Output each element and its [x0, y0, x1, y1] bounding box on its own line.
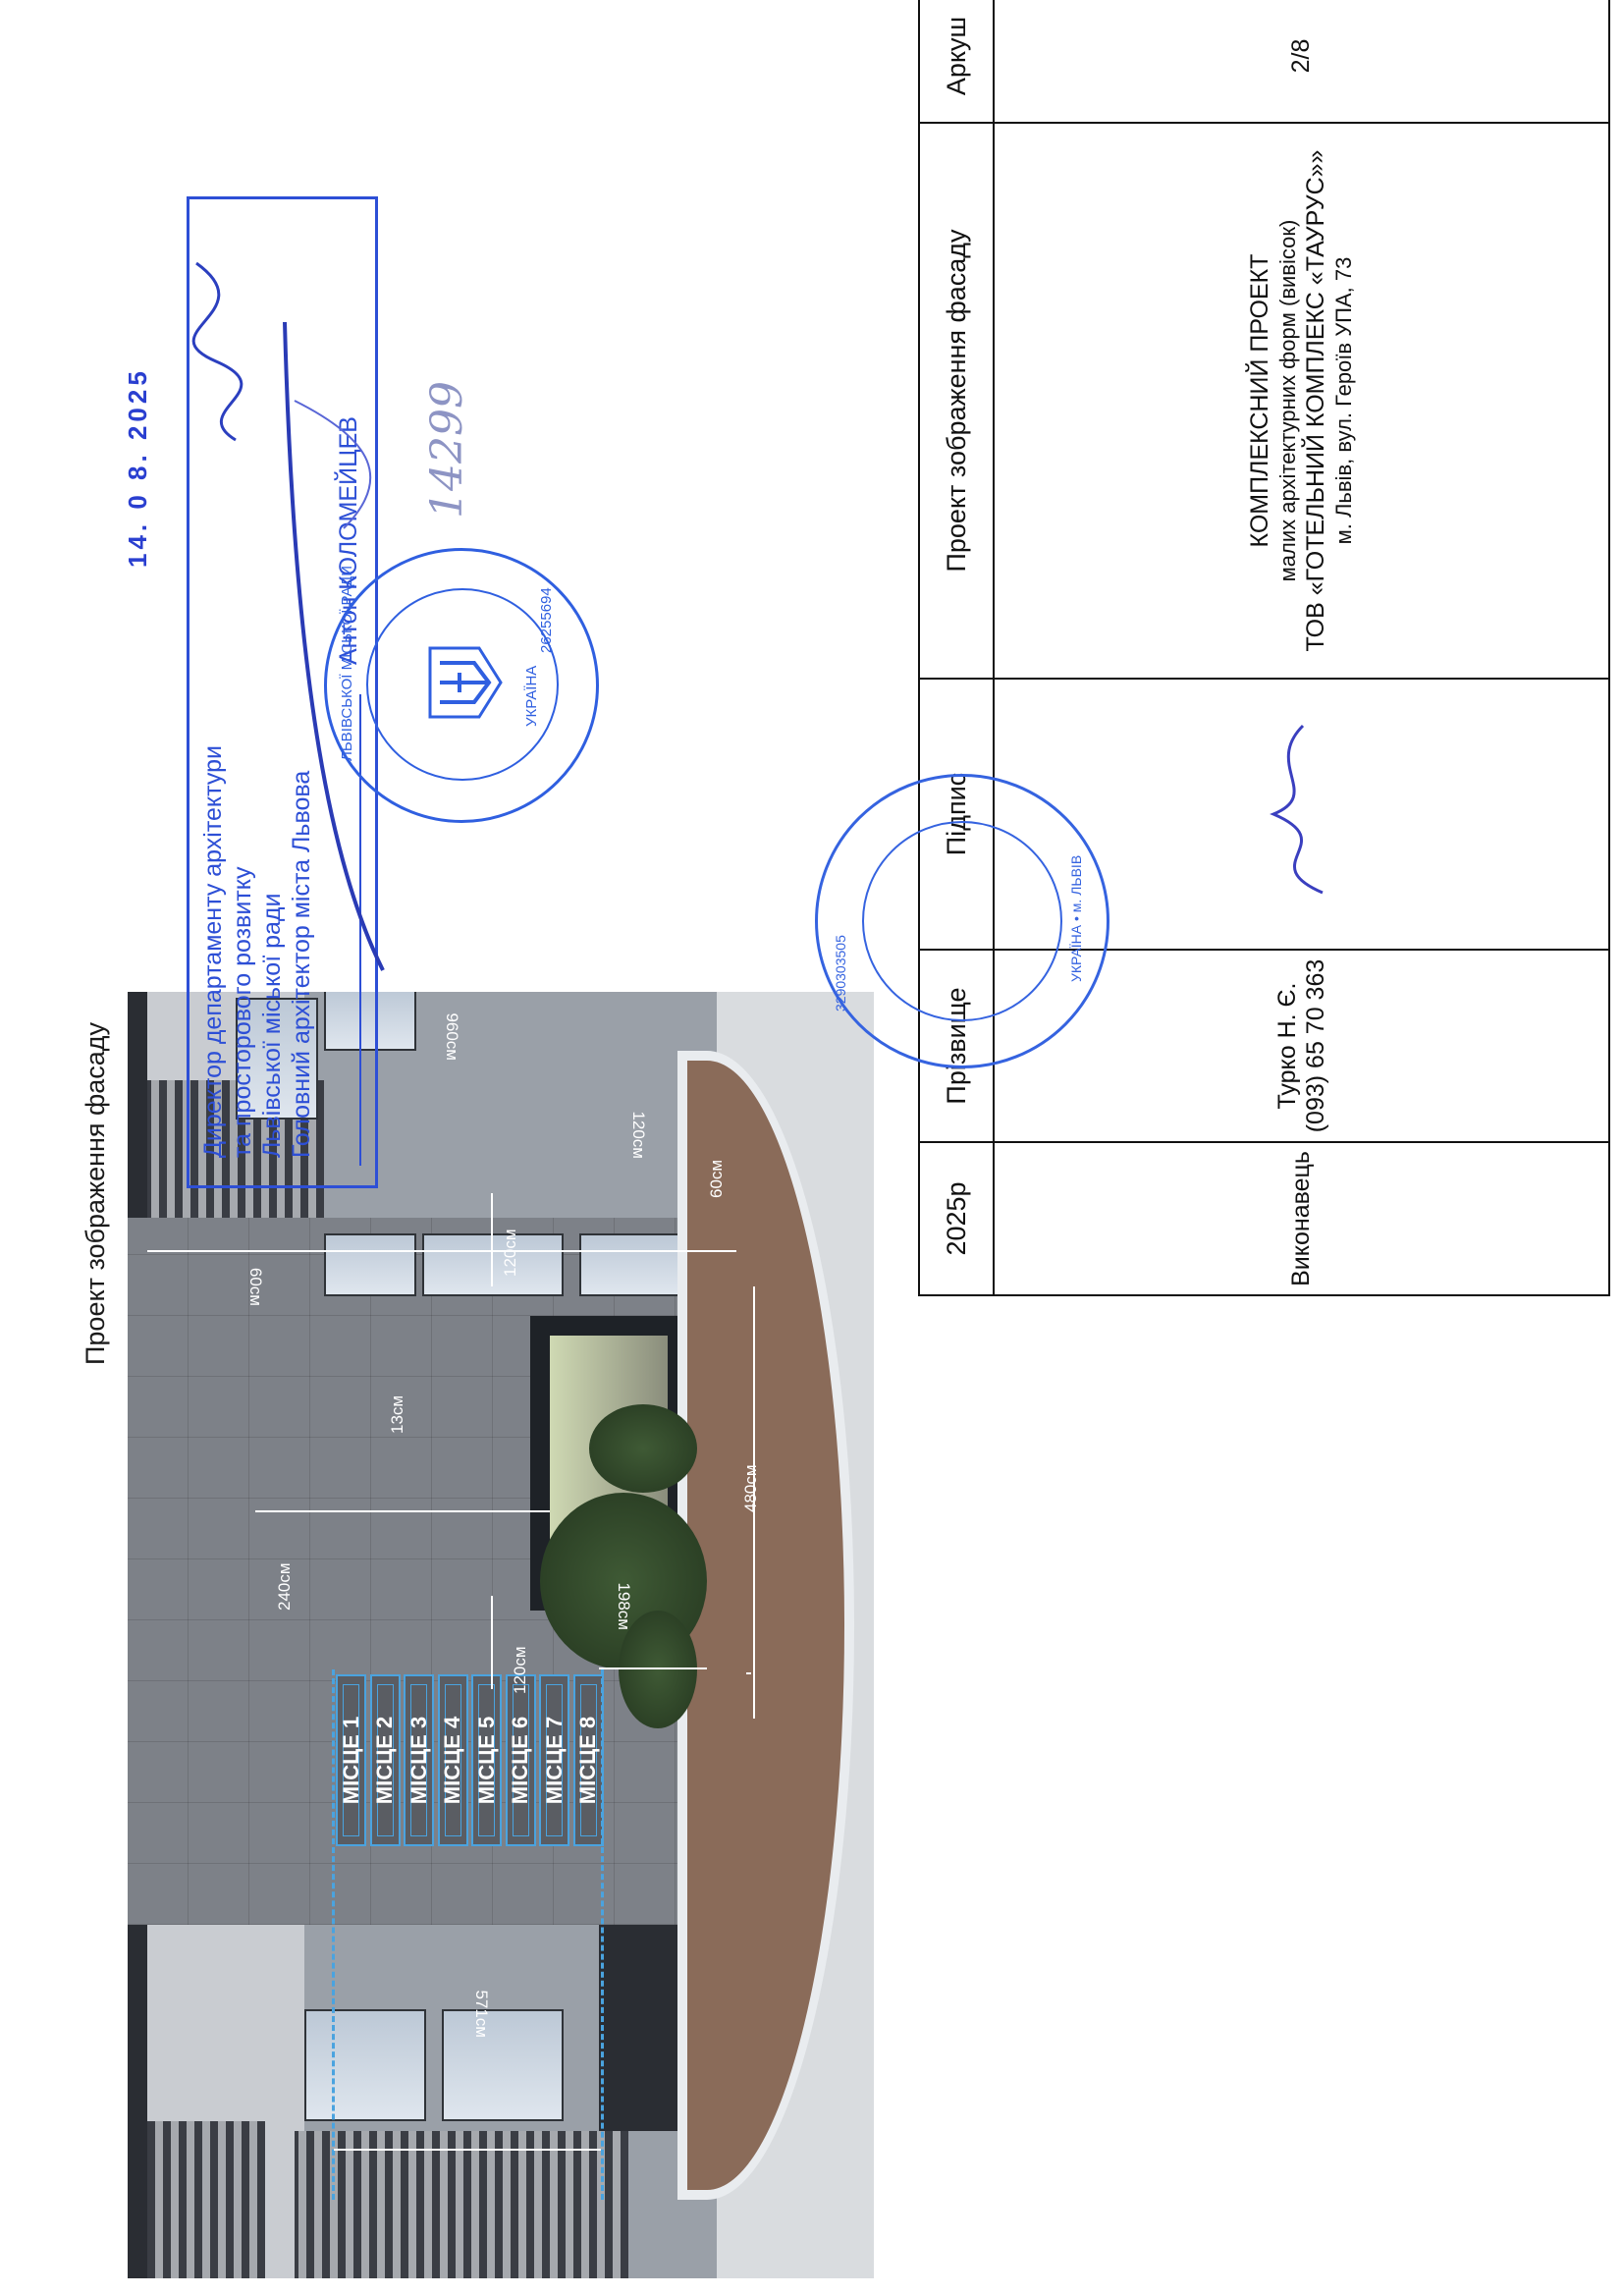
dim-canopy-offset: 120см: [628, 1111, 648, 1159]
dim-offset-left: 120см: [511, 1646, 530, 1694]
sign-label: МІСЦЕ 4: [440, 1676, 465, 1844]
dim-sign-height: 60см: [245, 1268, 265, 1306]
dim-offset-right: 120см: [501, 1229, 520, 1277]
title-block: 2025р Прізвище Підпис Проект зображення …: [918, 20, 1610, 1296]
document-sheet: Проект зображення фасаду МІСЦЕ 1МІСЦЕ: [0, 0, 1623, 2296]
project-address: м. Львів, вул. Героїв УПА, 73: [1330, 126, 1358, 676]
executor-stamp: 3290303505 УКРАЇНА • м. ЛЬВІВ: [815, 774, 1109, 1068]
approval-signature-icon: [275, 302, 403, 990]
project-subtitle: малих архітектурних форм (вивісок): [1274, 126, 1302, 676]
sign-7: МІСЦЕ 7: [539, 1674, 569, 1846]
approval-line-2: та просторового розвитку: [229, 867, 257, 1158]
trident-icon: [420, 638, 509, 727]
dim-total-width: 571см: [471, 1990, 491, 2038]
sign-label: МІСЦЕ 1: [339, 1676, 364, 1844]
project-cell: КОМПЛЕКСНИЙ ПРОЕКТ малих архітектурних ф…: [994, 123, 1609, 679]
dim-sign-length: 240см: [275, 1562, 295, 1611]
company-name: ТОВ «ГОТЕЛЬНИЙ КОМПЛЕКС «ТАУРУС»»: [1302, 126, 1330, 676]
header-sheet-title: Проект зображення фасаду: [919, 123, 994, 679]
executor-name: Турко Н. Є.: [1273, 953, 1302, 1139]
sign-1: МІСЦЕ 1: [336, 1674, 366, 1846]
sign-3: МІСЦЕ 3: [404, 1674, 434, 1846]
project-title: КОМПЛЕКСНИЙ ПРОЕКТ: [1246, 126, 1274, 676]
executor-stamp-place: УКРАЇНА • м. ЛЬВІВ: [1068, 855, 1084, 982]
sign-label: МІСЦЕ 7: [542, 1676, 568, 1844]
executor-phone: (093) 65 70 363: [1302, 953, 1330, 1139]
page-title: Проект зображення фасаду: [81, 1022, 111, 1365]
header-sheet: Аркуш: [919, 0, 994, 123]
dim-sign-gap: 13см: [388, 1395, 407, 1434]
sign-2: МІСЦЕ 2: [370, 1674, 401, 1846]
approval-line-1: Директор департаменту архітектури: [199, 745, 228, 1158]
sign-5: МІСЦЕ 5: [471, 1674, 502, 1846]
stamp-country: УКРАЇНА: [523, 666, 540, 727]
sign-4: МІСЦЕ 4: [438, 1674, 468, 1846]
executor-signature-icon: [1244, 716, 1352, 912]
role-cell: Виконавець: [994, 1142, 1609, 1295]
sign-label: МІСЦЕ 2: [372, 1676, 398, 1844]
sign-6: МІСЦЕ 6: [506, 1674, 536, 1846]
sign-label: МІСЦЕ 5: [474, 1676, 500, 1844]
dim-planter-length: 480см: [741, 1464, 761, 1512]
header-year: 2025р: [919, 1142, 994, 1295]
dim-height-ground: 198см: [614, 1582, 633, 1630]
sign-label: МІСЦЕ 3: [406, 1676, 432, 1844]
sheet-number: 2/8: [994, 0, 1609, 123]
dim-height-top: 960см: [442, 1012, 461, 1061]
date-stamp: 14. 0 8. 2025: [123, 367, 153, 568]
sign-label: МІСЦЕ 6: [508, 1676, 533, 1844]
executor-stamp-code: 3290303505: [833, 935, 848, 1011]
sign-label: МІСЦЕ 8: [575, 1676, 601, 1844]
dim-step-height: 60см: [707, 1160, 727, 1198]
sign-8: МІСЦЕ 8: [573, 1674, 604, 1846]
handwritten-number: 14299: [422, 381, 472, 519]
stamp-code: 26255694: [538, 587, 555, 653]
